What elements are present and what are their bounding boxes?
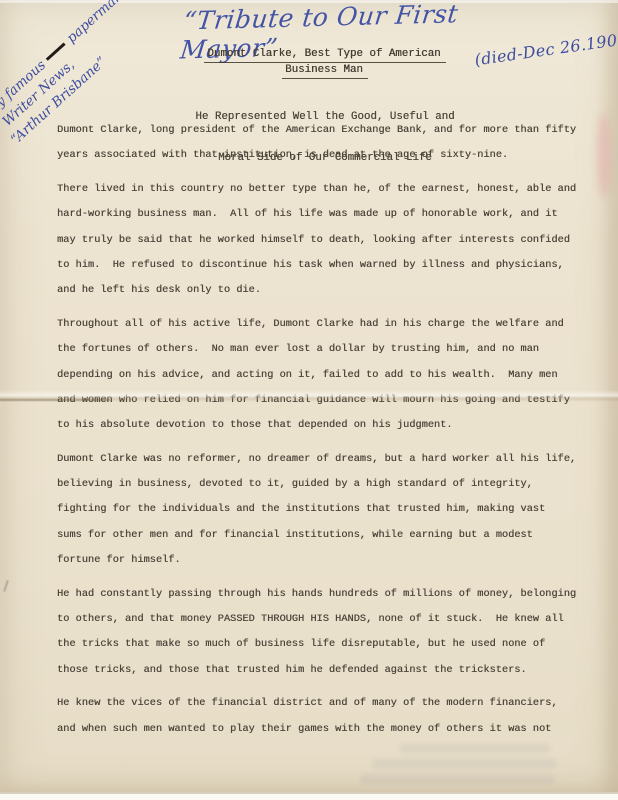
pink-smudge	[597, 112, 611, 197]
typed-line: and he left his desk only to die.	[57, 278, 590, 303]
page-bottom-edge	[0, 792, 618, 800]
typed-line: believing in business, devoted to it, gu…	[57, 472, 590, 497]
typed-line: years associated with that institution, …	[57, 143, 590, 168]
typed-line: depending on his advice, and acting on i…	[57, 363, 590, 388]
paragraph: Dumont Clarke was no reformer, no dreame…	[57, 447, 590, 574]
typed-line: to others, and that money PASSED THROUGH…	[57, 607, 590, 632]
typed-line: may truly be said that he worked himself…	[57, 228, 590, 253]
typed-line: Dumont Clarke was no reformer, no dreame…	[57, 447, 590, 472]
typed-line: There lived in this country no better ty…	[57, 177, 590, 202]
scanned-document-page: By famouspaperman Writer News, “Arthur B…	[0, 0, 618, 800]
pencil-mark	[3, 580, 9, 592]
heading-line-2: Business Man	[160, 63, 490, 79]
typed-line: the fortunes of others. No man ever lost…	[57, 337, 590, 362]
typed-line: Dumont Clarke, long president of the Ame…	[57, 118, 590, 143]
paragraph: Dumont Clarke, long president of the Ame…	[57, 118, 590, 169]
typed-line: those tricks, and those that trusted him…	[57, 658, 590, 683]
bleedthrough-text-ghost	[400, 744, 550, 753]
typed-line: Throughout all of his active life, Dumon…	[57, 312, 590, 337]
typed-line: the tricks that make so much of business…	[57, 632, 590, 657]
heading-line-1: Dumont Clarke, Best Type of American	[160, 47, 490, 63]
fold-crease-shadow	[0, 399, 110, 401]
typed-line: He knew the vices of the financial distr…	[57, 691, 590, 716]
typed-line: to him. He refused to discontinue his ta…	[57, 253, 590, 278]
typed-line: and when such men wanted to play their g…	[57, 717, 590, 742]
typed-line: fortune for himself.	[57, 548, 590, 573]
bleedthrough-text-ghost	[360, 775, 555, 784]
document-body-text: Dumont Clarke, long president of the Ame…	[57, 118, 590, 742]
typed-line: sums for other men and for financial ins…	[57, 523, 590, 548]
paragraph: He knew the vices of the financial distr…	[57, 691, 590, 742]
typed-line: fighting for the individuals and the ins…	[57, 497, 590, 522]
paragraph: He had constantly passing through his ha…	[57, 582, 590, 684]
typed-heading: Dumont Clarke, Best Type of American Bus…	[160, 47, 490, 79]
bleedthrough-text-ghost	[372, 759, 557, 768]
paragraph: Throughout all of his active life, Dumon…	[57, 312, 590, 439]
paragraph: There lived in this country no better ty…	[57, 177, 590, 304]
typed-line: to his absolute devotion to those that d…	[57, 413, 590, 438]
typed-line: hard-working business man. All of his li…	[57, 202, 590, 227]
typed-line: He had constantly passing through his ha…	[57, 582, 590, 607]
